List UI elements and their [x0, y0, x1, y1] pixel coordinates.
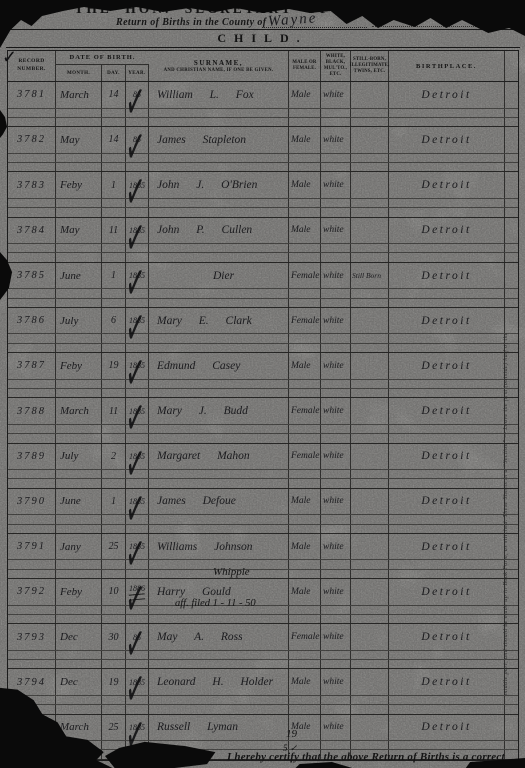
cell-name: Margaret Mahon — [149, 444, 289, 470]
ruled-blank-line — [8, 253, 518, 261]
child-banner: CHILD. — [0, 31, 525, 46]
record-row: 3786July61885✓Mary E. ClarkFemalewhiteDe… — [8, 308, 518, 353]
col-race: WHITE, BLACK, MUL'TO., ETC. — [321, 51, 351, 81]
col-month: MONTH. — [56, 65, 102, 81]
cell-month: July — [56, 308, 102, 334]
cell-day: 25 — [102, 715, 126, 741]
annotation-below: aff. filed 1 - 11 - 50 — [175, 598, 256, 609]
cell-year: 1885✓ — [126, 534, 149, 560]
cell-day: 1 — [102, 172, 126, 198]
cell-sex: Male — [289, 218, 321, 244]
ruled-blank-line — [8, 109, 518, 118]
cell-place: Detroit — [389, 218, 505, 244]
ruled-blank-line — [8, 651, 518, 660]
col-stillborn: STILL-BORN, ILLEGITIMATE, TWINS, ETC. — [351, 51, 389, 81]
ruled-blank-line — [8, 244, 518, 253]
cell-month: Feby — [56, 172, 102, 198]
cell-month: May — [56, 127, 102, 153]
cell-margin — [505, 715, 517, 741]
record-row: 3781March1485✓William L. FoxMalewhiteDet… — [8, 82, 518, 127]
struck-out-year — [129, 593, 145, 600]
births-table: RECORD NUMBER. DATE OF BIRTH. MONTH. DAY… — [7, 50, 519, 761]
cell-still — [351, 534, 389, 560]
cell-record: 3786 — [8, 308, 56, 334]
cell-sex: Male — [289, 579, 321, 605]
record-row: 3784May111885✓John P. CullenMalewhiteDet… — [8, 218, 518, 263]
ruled-blank-line — [8, 479, 518, 487]
cell-year: 1885✓ — [126, 489, 149, 515]
cell-record: 3793 — [8, 624, 56, 650]
cell-race: white — [321, 353, 351, 379]
cell-name: May A. Ross — [149, 624, 289, 650]
cell-still — [351, 127, 389, 153]
cell-place: Detroit — [389, 172, 505, 198]
cell-year: 1885✓ — [126, 715, 149, 741]
cell-race: white — [321, 218, 351, 244]
ruled-blank-line — [8, 560, 518, 569]
cell-year: 1885✓ — [126, 398, 149, 424]
ruled-blank-line — [8, 470, 518, 479]
ruled-blank-line — [8, 380, 518, 389]
cell-sex: Male — [289, 127, 321, 153]
ruled-blank-line — [8, 696, 518, 705]
cell-still — [351, 308, 389, 334]
cell-race: white — [321, 579, 351, 605]
printer-margin-note: middle part, and should be made up in Bo… — [503, 95, 517, 695]
cell-name: Harry GouldWhippleaff. filed 1 - 11 - 50 — [149, 579, 289, 605]
col-name: SURNAME, AND CHRISTIAN NAME, IF ONE BE G… — [149, 51, 289, 81]
cell-month: Feby — [56, 579, 102, 605]
cell-record: 3790 — [8, 489, 56, 515]
cell-day: 11 — [102, 398, 126, 424]
cell-place: Detroit — [389, 263, 505, 289]
cell-name: Dier — [149, 263, 289, 289]
record-row: 3794Dec191885✓Leonard H. HolderMalewhite… — [8, 669, 518, 714]
cell-name: Mary E. Clark — [149, 308, 289, 334]
cell-still — [351, 444, 389, 470]
ruled-blank-line — [8, 525, 518, 533]
cell-day: 2 — [102, 444, 126, 470]
cell-day: 1 — [102, 489, 126, 515]
cell-year: 85✓ — [126, 624, 149, 650]
cell-day: 6 — [102, 308, 126, 334]
cell-year: 85✓ — [126, 82, 149, 108]
cell-place: Detroit — [389, 398, 505, 424]
cell-still — [351, 489, 389, 515]
cell-month: March — [56, 82, 102, 108]
cell-name: Mary J. Budd — [149, 398, 289, 424]
record-row: 3792Feby101886✓Harry GouldWhippleaff. fi… — [8, 579, 518, 624]
col-date-of-birth: DATE OF BIRTH. MONTH. DAY. YEAR. — [56, 51, 149, 81]
horizontal-rule — [6, 29, 520, 30]
cell-still — [351, 398, 389, 424]
cell-sex: Female — [289, 444, 321, 470]
record-row: 3785June11885✓DierFemalewhiteStill BornD… — [8, 263, 518, 308]
record-row: 3783Feby11885✓John J. O'BrienMalewhiteDe… — [8, 172, 518, 217]
record-row: 3791Jany251885✓Williams JohnsonMalewhite… — [8, 534, 518, 579]
cell-place: Detroit — [389, 127, 505, 153]
cell-still — [351, 579, 389, 605]
cell-year: 1885✓ — [126, 218, 149, 244]
cell-place: Detroit — [389, 669, 505, 695]
cell-sex: Female — [289, 398, 321, 424]
cell-record: 3781 — [8, 82, 56, 108]
cell-place: Detroit — [389, 489, 505, 515]
cell-month: Jany — [56, 534, 102, 560]
cell-race: white — [321, 82, 351, 108]
cell-record: 3784 — [8, 218, 56, 244]
cell-day: 19 — [102, 669, 126, 695]
ruled-blank-line — [8, 208, 518, 216]
cell-still — [351, 172, 389, 198]
ruled-blank-line — [8, 705, 518, 713]
ruled-blank-line — [8, 163, 518, 171]
cell-year: 1885✓ — [126, 353, 149, 379]
cell-month: Dec — [56, 669, 102, 695]
cell-record: 3783 — [8, 172, 56, 198]
cell-place: Detroit — [389, 579, 505, 605]
cell-day: 14 — [102, 82, 126, 108]
cell-name: Russell Lyman — [149, 715, 289, 741]
cell-year: 1885✓ — [126, 444, 149, 470]
record-row: 3787Feby191885✓Edmund CaseyMalewhiteDetr… — [8, 353, 518, 398]
county-underline — [262, 27, 367, 28]
cell-race: white — [321, 398, 351, 424]
cell-month: June — [56, 263, 102, 289]
ruled-blank-line — [8, 606, 518, 615]
cell-day: 11 — [102, 218, 126, 244]
cell-name: John P. Cullen — [149, 218, 289, 244]
record-row: 3789July21885✓Margaret MahonFemalewhiteD… — [8, 444, 518, 489]
cell-month: July — [56, 444, 102, 470]
paper-background: TO THE HON. SECRETARY OF STATE OF Return… — [0, 0, 525, 768]
cell-race: white — [321, 624, 351, 650]
cell-name: Leonard H. Holder — [149, 669, 289, 695]
cell-year: 85✓ — [126, 127, 149, 153]
ruled-blank-line — [8, 344, 518, 352]
cell-place: Detroit — [389, 444, 505, 470]
cell-record: 3788 — [8, 398, 56, 424]
ruled-blank-line — [8, 425, 518, 434]
ruled-blank-line — [8, 570, 518, 578]
col-birthplace: BIRTHPLACE. — [389, 51, 505, 81]
cell-month: June — [56, 489, 102, 515]
cell-month: Feby — [56, 353, 102, 379]
cell-place: Detroit — [389, 715, 505, 741]
ruled-blank-line — [8, 118, 518, 126]
ruled-blank-line — [8, 289, 518, 298]
cell-record: 3787 — [8, 353, 56, 379]
cell-race: white — [321, 172, 351, 198]
cell-sex: Male — [289, 172, 321, 198]
cell-record: 3791 — [8, 534, 56, 560]
cell-race: white — [321, 127, 351, 153]
cell-record: 3789 — [8, 444, 56, 470]
ruled-blank-line — [8, 199, 518, 208]
cell-race: white — [321, 263, 351, 289]
cell-still — [351, 715, 389, 741]
cell-sex: Female — [289, 308, 321, 334]
cell-still: Still Born — [351, 263, 389, 289]
cell-race: white — [321, 534, 351, 560]
col-sex: MALE OR FEMALE. — [289, 51, 321, 81]
cell-still — [351, 353, 389, 379]
cell-day: 10 — [102, 579, 126, 605]
annotation-above: Whipple — [213, 566, 250, 578]
cell-year: 1886✓ — [126, 579, 149, 605]
ruled-blank-line — [8, 434, 518, 442]
record-row: 3788March111885✓Mary J. BuddFemalewhiteD… — [8, 398, 518, 443]
cell-still — [351, 624, 389, 650]
cell-day: 25 — [102, 534, 126, 560]
cell-place: Detroit — [389, 534, 505, 560]
record-row: 3790June11885✓James DefoueMalewhiteDetro… — [8, 489, 518, 534]
cell-race: white — [321, 669, 351, 695]
cell-still — [351, 82, 389, 108]
cell-place: Detroit — [389, 624, 505, 650]
document-page: TO THE HON. SECRETARY OF STATE OF Return… — [0, 0, 525, 768]
table-body: 3781March1485✓William L. FoxMalewhiteDet… — [8, 82, 518, 760]
cell-race: white — [321, 715, 351, 741]
horizontal-rule — [6, 47, 520, 48]
ruled-blank-line — [8, 154, 518, 163]
cell-day: 14 — [102, 127, 126, 153]
cell-name: John J. O'Brien — [149, 172, 289, 198]
cell-record: 3782 — [8, 127, 56, 153]
cell-month: Dec — [56, 624, 102, 650]
ruled-blank-line — [8, 660, 518, 668]
cell-sex: Male — [289, 534, 321, 560]
ruled-blank-line — [8, 515, 518, 524]
cell-race: white — [321, 489, 351, 515]
cell-place: Detroit — [389, 308, 505, 334]
cell-place: Detroit — [389, 82, 505, 108]
cell-sex: Male — [289, 353, 321, 379]
cell-day: 30 — [102, 624, 126, 650]
ruled-blank-line — [8, 334, 518, 343]
ruled-blank-line — [8, 389, 518, 397]
cell-sex: Female — [289, 263, 321, 289]
table-header: RECORD NUMBER. DATE OF BIRTH. MONTH. DAY… — [8, 51, 518, 82]
ruled-blank-line — [8, 615, 518, 623]
record-row: 3793Dec3085✓May A. RossFemalewhiteDetroi… — [8, 624, 518, 669]
cell-race: white — [321, 444, 351, 470]
cell-record: 3785 — [8, 263, 56, 289]
handwritten-page-number: 19 — [286, 728, 297, 740]
cell-year: 1885✓ — [126, 669, 149, 695]
cell-month: March — [56, 398, 102, 424]
col-year: YEAR. — [126, 65, 149, 81]
col-margin — [505, 51, 517, 81]
cell-still — [351, 669, 389, 695]
record-row: 3782May1485✓James StapletonMalewhiteDetr… — [8, 127, 518, 172]
cell-year: 1885✓ — [126, 263, 149, 289]
certification-text: I hereby certify that the above Return o… — [227, 751, 505, 763]
cell-name: Williams Johnson — [149, 534, 289, 560]
cell-day: 19 — [102, 353, 126, 379]
cell-day: 1 — [102, 263, 126, 289]
cell-sex: Male — [289, 489, 321, 515]
cell-year: 1885✓ — [126, 308, 149, 334]
cell-name: William L. Fox — [149, 82, 289, 108]
ruled-blank-line — [8, 299, 518, 307]
cell-name: Edmund Casey — [149, 353, 289, 379]
cell-name: James Defoue — [149, 489, 289, 515]
cell-record: 3792 — [8, 579, 56, 605]
cell-month: May — [56, 218, 102, 244]
return-line: Return of Births in the County of — [116, 17, 266, 28]
cell-sex: Male — [289, 82, 321, 108]
cell-place: Detroit — [389, 353, 505, 379]
cell-still — [351, 218, 389, 244]
cell-sex: Male — [289, 669, 321, 695]
cell-sex: Female — [289, 624, 321, 650]
cell-name: James Stapleton — [149, 127, 289, 153]
checkmark-small-icon: ✓ — [2, 47, 17, 68]
cell-year: 1885✓ — [126, 172, 149, 198]
cell-race: white — [321, 308, 351, 334]
col-day: DAY. — [102, 65, 126, 81]
